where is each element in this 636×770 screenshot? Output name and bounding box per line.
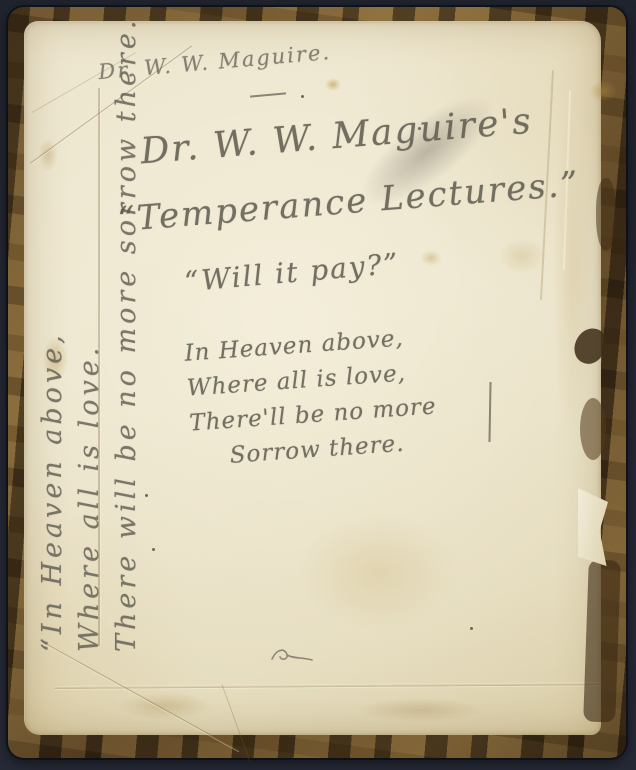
margin-verse-line: Where all is love. [71, 52, 108, 652]
photo-background: Dr. W. W. Maguire. Dr. W. W. Maguire's “… [0, 0, 636, 770]
paper-stain [552, 110, 592, 440]
margin-verse-rotated: “In Heaven above, Where all is love. The… [34, 52, 146, 652]
margin-verse-line: There will be no more sorrow there. [108, 52, 145, 652]
paper-stain [298, 512, 458, 632]
ink-speck [152, 548, 155, 551]
verse-block: In Heaven above, Where all is love, Ther… [183, 320, 440, 477]
paper-stain [355, 698, 485, 722]
ink-speck [301, 95, 304, 98]
paper-stain [590, 80, 618, 102]
paper-stain [498, 238, 546, 274]
paper-stain [118, 692, 213, 720]
paper-stain [420, 250, 442, 266]
margin-verse-line: “In Heaven above, [34, 52, 71, 652]
ink-speck [470, 627, 473, 630]
paper-stain [325, 78, 341, 91]
